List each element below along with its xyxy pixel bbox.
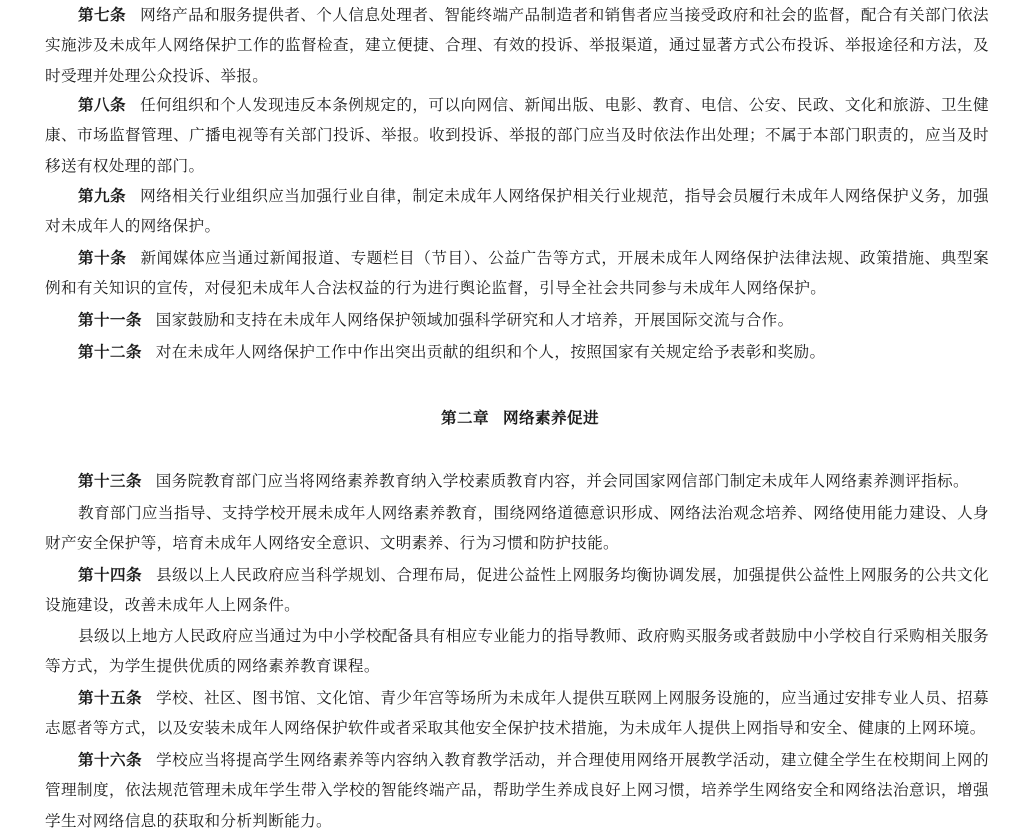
- chapter-number: 第二章: [441, 409, 489, 427]
- article-number: 第十一条: [78, 311, 142, 329]
- chapter-heading: 第二章网络素养促进: [0, 406, 1028, 428]
- article-text: 国家鼓励和支持在未成年人网络保护领域加强科学研究和人才培养，开展国际交流与合作。: [156, 311, 794, 329]
- article-number: 第十条: [78, 249, 126, 267]
- article-number: 第十五条: [78, 689, 142, 707]
- article-8: 第八条任何组织和个人发现违反本条例规定的，可以向网信、新闻出版、电影、教育、电信…: [45, 90, 989, 181]
- article-15: 第十五条学校、社区、图书馆、文化馆、青少年宫等场所为未成年人提供互联网上网服务设…: [45, 683, 989, 744]
- article-number: 第十三条: [78, 472, 142, 490]
- article-10: 第十条新闻媒体应当通过新闻报道、专题栏目（节目）、公益广告等方式，开展未成年人网…: [45, 243, 989, 304]
- article-text: 县级以上地方人民政府应当通过为中小学校配备具有相应专业能力的指导教师、政府购买服…: [45, 627, 989, 675]
- article-number: 第十四条: [78, 566, 142, 584]
- article-number: 第十六条: [78, 751, 142, 769]
- article-13-para-2: 教育部门应当指导、支持学校开展未成年人网络素养教育，围绕网络道德意识形成、网络法…: [45, 498, 989, 559]
- article-text: 新闻媒体应当通过新闻报道、专题栏目（节目）、公益广告等方式，开展未成年人网络保护…: [45, 249, 989, 297]
- article-text: 网络产品和服务提供者、个人信息处理者、智能终端产品制造者和销售者应当接受政府和社…: [45, 6, 989, 85]
- article-text: 国务院教育部门应当将网络素养教育纳入学校素质教育内容，并会同国家网信部门制定未成…: [156, 472, 969, 490]
- article-number: 第八条: [78, 96, 126, 114]
- article-14: 第十四条县级以上人民政府应当科学规划、合理布局，促进公益性上网服务均衡协调发展，…: [45, 560, 989, 621]
- article-12: 第十二条对在未成年人网络保护工作中作出突出贡献的组织和个人，按照国家有关规定给予…: [45, 337, 989, 367]
- article-number: 第九条: [78, 187, 126, 205]
- article-text: 对在未成年人网络保护工作中作出突出贡献的组织和个人，按照国家有关规定给予表彰和奖…: [156, 343, 826, 361]
- article-9: 第九条网络相关行业组织应当加强行业自律，制定未成年人网络保护相关行业规范，指导会…: [45, 181, 989, 242]
- article-text: 任何组织和个人发现违反本条例规定的，可以向网信、新闻出版、电影、教育、电信、公安…: [45, 96, 989, 175]
- article-text: 县级以上人民政府应当科学规划、合理布局，促进公益性上网服务均衡协调发展，加强提供…: [45, 566, 989, 614]
- article-13: 第十三条国务院教育部门应当将网络素养教育纳入学校素质教育内容，并会同国家网信部门…: [45, 466, 989, 496]
- article-text: 学校应当将提高学生网络素养等内容纳入教育教学活动，并合理使用网络开展教学活动，建…: [45, 751, 989, 830]
- article-text: 网络相关行业组织应当加强行业自律，制定未成年人网络保护相关行业规范，指导会员履行…: [45, 187, 989, 235]
- article-14-para-2: 县级以上地方人民政府应当通过为中小学校配备具有相应专业能力的指导教师、政府购买服…: [45, 621, 989, 682]
- article-7: 第七条网络产品和服务提供者、个人信息处理者、智能终端产品制造者和销售者应当接受政…: [45, 0, 989, 91]
- article-text: 教育部门应当指导、支持学校开展未成年人网络素养教育，围绕网络道德意识形成、网络法…: [45, 504, 989, 552]
- article-11: 第十一条国家鼓励和支持在未成年人网络保护领域加强科学研究和人才培养，开展国际交流…: [45, 305, 989, 335]
- article-text: 学校、社区、图书馆、文化馆、青少年宫等场所为未成年人提供互联网上网服务设施的，应…: [45, 689, 989, 737]
- article-number: 第七条: [78, 6, 126, 24]
- chapter-title: 网络素养促进: [503, 409, 599, 427]
- article-number: 第十二条: [78, 343, 142, 361]
- article-16: 第十六条学校应当将提高学生网络素养等内容纳入教育教学活动，并合理使用网络开展教学…: [45, 745, 989, 835]
